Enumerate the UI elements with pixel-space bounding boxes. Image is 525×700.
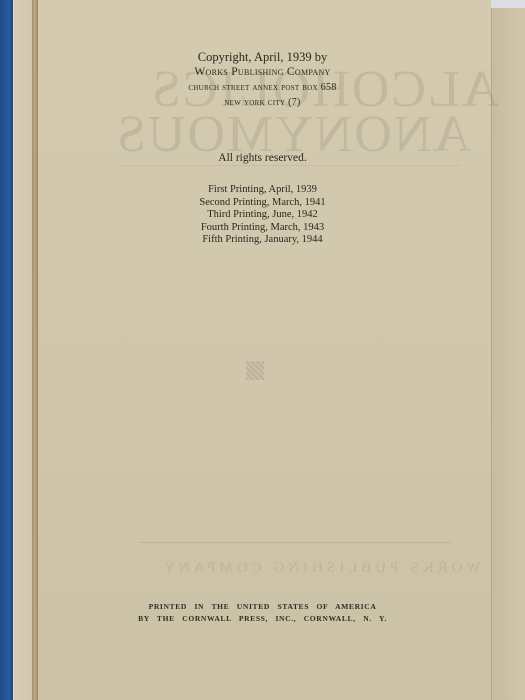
printer-line-1: PRINTED IN THE UNITED STATES OF AMERICA — [0, 601, 525, 613]
publisher-city: new york city (7) — [0, 95, 525, 110]
book-photo: ALCOHOLICS ANONYMOUS WORKS PUBLISHING CO… — [0, 0, 525, 700]
printing-entry: Third Printing, June, 1942 — [0, 209, 525, 222]
copyright-line: Copyright, April, 1939 by — [0, 50, 525, 65]
printing-entry: Second Printing, March, 1941 — [0, 197, 525, 210]
publisher-address: church street annex post box 658 — [0, 80, 525, 95]
printing-entry: Fifth Printing, January, 1944 — [0, 234, 525, 247]
printer-line-2: BY THE CORNWALL PRESS, INC., CORNWALL, N… — [0, 613, 525, 625]
background-gap — [491, 0, 525, 8]
show-through-rule-top — [120, 165, 460, 166]
printing-history: First Printing, April, 1939 Second Print… — [0, 184, 525, 247]
publisher-name: Works Publishing Company — [0, 65, 525, 80]
printing-entry: Fourth Printing, March, 1943 — [0, 222, 525, 235]
printing-entry: First Printing, April, 1939 — [0, 184, 525, 197]
printer-imprint: PRINTED IN THE UNITED STATES OF AMERICA … — [0, 601, 525, 625]
show-through-publisher: WORKS PUBLISHING COMPANY — [160, 560, 480, 577]
ornament-mark — [246, 361, 264, 380]
show-through-rule — [140, 542, 450, 543]
copyright-block: Copyright, April, 1939 by Works Publishi… — [0, 50, 525, 110]
rights-statement: All rights reserved. — [0, 152, 525, 164]
